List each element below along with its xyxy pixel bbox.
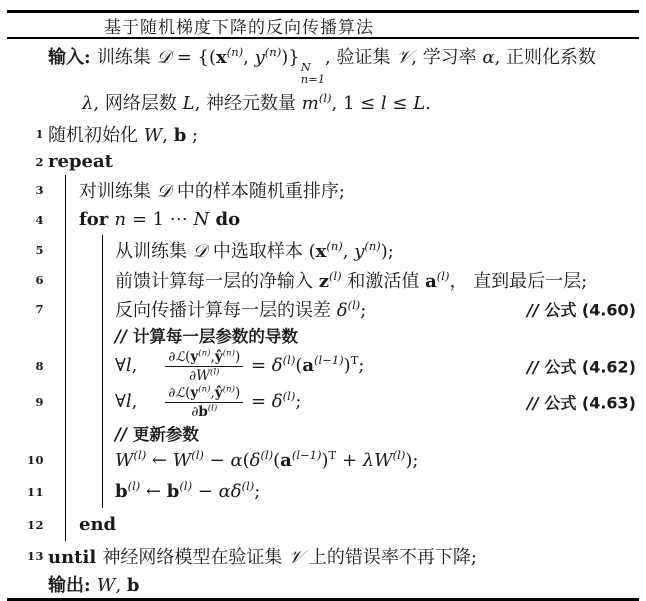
fraction-denominator: ∂b(l) [165,403,243,420]
superscript: (l) [319,91,332,105]
indent-rule [65,265,66,295]
text-segment: b [127,575,140,596]
text-segment: ; [358,355,364,376]
text-segment: 从训练集 [115,241,193,262]
text-segment: , [325,47,336,68]
line-content: 反向传播计算每一层的误差 δ(l); [115,296,366,322]
superscript: (n) [198,384,210,394]
text-segment: ; [254,481,260,502]
indent-rule [102,323,103,348]
sub-sup-stack: Nn=1 [301,61,325,86]
comment-slashes: // [527,358,544,377]
superscript: (l) [283,389,296,403]
line-number: 4 [0,213,44,227]
text-segment: b [198,404,207,420]
indent-rule [102,265,103,295]
algorithm-line: 输入: 训练集 𝒟 = {(x(n), y(n))}Nn=1, 验证集 𝒱, 学… [0,43,646,86]
indent-rule [65,385,66,420]
line-number: 12 [0,518,44,532]
superscript: (n) [326,239,342,253]
superscript: (l) [393,448,406,462]
text-segment: , [93,93,104,114]
text-segment: ŷ [215,385,223,401]
text-segment: δ [250,450,261,471]
text-segment: n [115,209,127,230]
text-segment: ) [235,349,240,365]
text-segment: ∀ [115,355,126,376]
superscript: (n) [265,45,281,59]
text-segment: ℒ [175,349,185,365]
algorithm-line: λ, 网络层数 L, 神经元数量 m(l), 1 ≤ l ≤ L. [0,86,646,119]
text-segment: L [183,93,195,114]
text-segment: a [280,450,292,471]
superscript: (l−1) [292,448,322,462]
superscript: (n) [198,348,210,358]
text-segment: ∀ [115,391,126,412]
text-segment: ŷ [215,349,223,365]
comment-text: 计算每一层参数的导数 [133,327,298,346]
indent-rule [102,385,103,420]
text-segment: a [302,355,314,376]
superscript: (l) [134,448,147,462]
algorithm-line: 1随机初始化 W, b ; [0,119,646,149]
indent-rule [65,175,66,205]
line-content: 前馈计算每一层的净输入 z(l) 和激活值 a(l)， 直到最后一层; [115,267,587,293]
text-segment: do [209,209,240,230]
text-segment: 反向传播计算每一层的误差 [115,300,337,321]
line-content: 随机初始化 W, b ; [48,121,198,147]
text-segment: 𝒟 [157,47,171,68]
text-segment: ) [344,355,351,376]
title-row: 基于随机梯度下降的反向传播算法 [0,13,646,37]
text-segment: , [495,47,506,68]
algorithm-line: // 计算每一层参数的导数 [0,323,646,348]
line-number: 3 [0,183,44,197]
indent-rule [65,475,66,508]
algorithm-line: 9∀l,∂ℒ(y(n),ŷ(n))∂b(l) = δ(l);// 公式 (4.6… [0,385,646,420]
text-segment: W [97,575,116,596]
indent-rule [102,475,103,508]
text-segment: for [79,209,115,230]
text-segment: W [144,125,163,146]
text-segment: . [425,93,431,114]
text-segment: ) [322,450,329,471]
text-segment: L [413,93,425,114]
line-number: 11 [0,485,44,499]
algorithm-line: 10W(l) ← W(l) − α(δ(l)(a(l−1))T + λW(l))… [0,445,646,475]
line-content: 输入: 训练集 𝒟 = {(x(n), y(n))}Nn=1, 验证集 𝒱, 学… [48,43,596,86]
side-comment: // 公式 (4.60) [527,297,636,320]
text-segment: W [173,450,192,471]
text-segment: 正则化系数 [506,47,596,68]
text-segment: b [174,125,187,146]
text-segment: , [132,355,138,376]
indent-rule [65,420,66,445]
indent-rule [102,235,103,265]
comment-slashes: // [115,425,133,444]
text-segment: αδ [219,481,242,502]
line-content: // 更新参数 [115,421,199,445]
algorithm-line: 4for n = 1 ⋯ N do [0,205,646,235]
comment-text: 更新参数 [133,425,199,444]
text-segment: ; [360,300,366,321]
algorithm-body: 输入: 训练集 𝒟 = {(x(n), y(n))}Nn=1, 验证集 𝒱, 学… [0,39,646,599]
text-segment: ← [146,450,173,471]
text-segment: α [230,450,242,471]
indent-rule [102,348,103,385]
text-segment: ℒ [175,385,185,401]
line-number: 10 [0,453,44,467]
algorithm-line: 3对训练集 𝒟 中的样本随机重排序; [0,175,646,205]
text-segment: y [354,241,364,262]
algorithm-line: 6前馈计算每一层的净输入 z(l) 和激活值 a(l)， 直到最后一层; [0,265,646,295]
line-number: 7 [0,302,44,316]
text-segment: 和激活值 [342,271,425,292]
text-segment: 神经元数量 [206,93,302,114]
text-segment: b [115,481,128,502]
text-segment: N [194,209,210,230]
line-number: 1 [0,127,44,141]
algorithm-line: 12end [0,508,646,541]
comment-slashes: // [115,327,133,346]
text-segment: 神经网络模型在验证集 [102,547,288,568]
text-segment: ≤ [387,93,414,114]
text-segment: ← [140,481,167,502]
text-segment: , [162,125,173,146]
text-segment: 训练集 [97,47,157,68]
text-segment: λ [82,93,93,114]
fraction-numerator: ∂ℒ(y(n),ŷ(n)) [165,385,243,403]
line-number: 13 [0,549,44,563]
text-segment: 中选取样本 [207,241,308,262]
text-segment: λW [363,450,393,471]
text-segment: = {( [171,47,216,68]
comment-slashes: // [527,300,544,319]
algorithm-line: // 更新参数 [0,420,646,445]
line-content: // 计算每一层参数的导数 [115,323,298,347]
indent-rule [65,295,66,323]
text-segment: + [336,450,363,471]
text-segment: 上的错误率不再下降; [303,547,477,568]
text-segment: ， 直到最后一层; [449,271,587,292]
superscript: (l) [260,448,273,462]
fraction: ∂ℒ(y(n),ŷ(n))∂W(l) [165,349,243,384]
indent-rule [65,205,66,235]
text-segment: 对训练集 [79,181,157,202]
text-segment: ); [405,450,418,471]
text-segment: δ [272,391,283,412]
text-segment: 输出: [48,575,97,596]
text-segment: end [79,514,116,535]
superscript: (l) [242,479,255,493]
superscript: (l) [348,298,361,312]
superscript: (l) [179,479,192,493]
text-segment: x [316,241,327,262]
text-segment: 中的样本随机重排序; [171,181,345,202]
text-segment: ( [309,241,316,262]
line-content: 对训练集 𝒟 中的样本随机重排序; [79,177,345,203]
text-segment: ) [235,385,240,401]
superscript: (l) [437,269,450,283]
line-content: W(l) ← W(l) − α(δ(l)(a(l−1))T + λW(l)); [115,450,418,471]
text-segment: b [167,481,180,502]
line-number: 2 [0,155,44,169]
text-segment: 𝒟 [157,181,171,202]
algorithm-line: 5从训练集 𝒟 中选取样本 (x(n), y(n)); [0,235,646,265]
text-segment: ; [186,125,198,146]
text-segment: 𝒟 [193,241,207,262]
indent-rule [102,420,103,445]
text-segment: W [196,368,210,384]
indent-rule [65,323,66,348]
text-segment: , [243,47,254,68]
text-segment: 𝒱 [288,547,303,568]
indent-rule [102,295,103,323]
text-segment: , [132,391,138,412]
text-segment: m [302,93,319,114]
line-number: 6 [0,273,44,287]
text-segment: 随机初始化 [48,125,144,146]
text-segment: ); [381,241,394,262]
line-number: 9 [0,395,44,409]
side-comment: // 公式 (4.62) [527,355,636,378]
text-segment: = [245,391,272,412]
text-segment: y [255,47,265,68]
line-content: b(l) ← b(l) − αδ(l); [115,481,260,502]
text-segment: x [216,47,227,68]
text-segment: , [343,241,354,262]
comment-text: 公式 (4.62) [544,358,636,377]
text-segment: 𝒱 [396,47,411,68]
algorithm-box: 基于随机梯度下降的反向传播算法 输入: 训练集 𝒟 = {(x(n), y(n)… [0,0,646,601]
fraction-numerator: ∂ℒ(y(n),ŷ(n)) [165,349,243,367]
text-segment: , [411,47,422,68]
superscript: (n) [223,348,235,358]
line-content: end [79,514,116,535]
superscript: (l) [128,479,141,493]
algorithm-line: 2repeat [0,149,646,175]
line-number: 8 [0,359,44,373]
text-segment: 网络层数 [105,93,183,114]
stack-subscript: n=1 [301,73,325,86]
text-segment: − [192,481,219,502]
text-segment: , 1 ≤ [332,93,381,114]
line-content: λ, 网络层数 L, 神经元数量 m(l), 1 ≤ l ≤ L. [82,89,431,115]
line-content: 从训练集 𝒟 中选取样本 (x(n), y(n)); [115,237,394,263]
algorithm-title: 基于随机梯度下降的反向传播算法 [104,13,374,38]
comment-text: 公式 (4.60) [544,300,636,319]
text-segment: z [319,271,329,292]
superscript: (l) [191,448,204,462]
algorithm-line: 11b(l) ← b(l) − αδ(l); [0,475,646,508]
comment-slashes: // [527,394,544,413]
superscript: (l) [283,353,296,367]
line-content: until 神经网络模型在验证集 𝒱 上的错误率不再下降; [48,543,477,569]
text-segment: δ [337,300,348,321]
indent-rule [65,445,66,475]
text-segment: repeat [48,151,113,172]
text-segment: , [115,575,126,596]
indent-rule [65,235,66,265]
line-content: 输出: W, b [48,571,139,597]
text-segment: , [195,93,206,114]
text-segment: ; [295,391,301,412]
text-segment: 学习率 [423,47,483,68]
algorithm-line: 13until 神经网络模型在验证集 𝒱 上的错误率不再下降; [0,541,646,570]
line-content: ∀l,∂ℒ(y(n),ŷ(n))∂W(l) = δ(l)(a(l−1))T; [115,349,364,384]
text-segment: 输入: [48,47,97,68]
indent-rule [102,445,103,475]
line-content: repeat [48,151,113,172]
superscript: (l−1) [314,353,344,367]
superscript: (l) [329,269,342,283]
comment-text: 公式 (4.63) [544,394,636,413]
line-content: ∀l,∂ℒ(y(n),ŷ(n))∂b(l) = δ(l); [115,385,301,420]
indent-rule [65,508,66,541]
text-segment: )} [281,47,299,68]
text-segment: α [482,47,494,68]
algorithm-line: 7反向传播计算每一层的误差 δ(l);// 公式 (4.60) [0,295,646,323]
text-segment: 前馈计算每一层的净输入 [115,271,319,292]
inline-comment: // 更新参数 [115,425,199,444]
algorithm-line: 输出: W, b [0,570,646,598]
inline-comment: // 计算每一层参数的导数 [115,327,298,346]
text-segment: until [48,547,102,568]
text-segment: 验证集 [337,47,397,68]
text-segment: = [245,355,272,376]
text-segment: = 1 ⋯ [126,209,193,230]
indent-rule [65,348,66,385]
text-segment: ( [243,450,250,471]
side-comment: // 公式 (4.63) [527,391,636,414]
superscript: (l) [208,403,218,413]
text-segment: − [204,450,231,471]
text-segment: a [425,271,437,292]
text-segment: δ [272,355,283,376]
superscript: (n) [227,45,243,59]
line-number: 5 [0,243,44,257]
fraction-denominator: ∂W(l) [165,367,243,384]
text-segment: W [115,450,134,471]
superscript: (n) [364,239,380,253]
fraction: ∂ℒ(y(n),ŷ(n))∂b(l) [165,385,243,420]
superscript: (l) [210,367,220,377]
algorithm-line: 8∀l,∂ℒ(y(n),ŷ(n))∂W(l) = δ(l)(a(l−1))T;/… [0,348,646,385]
superscript: (n) [223,384,235,394]
line-content: for n = 1 ⋯ N do [79,209,240,230]
